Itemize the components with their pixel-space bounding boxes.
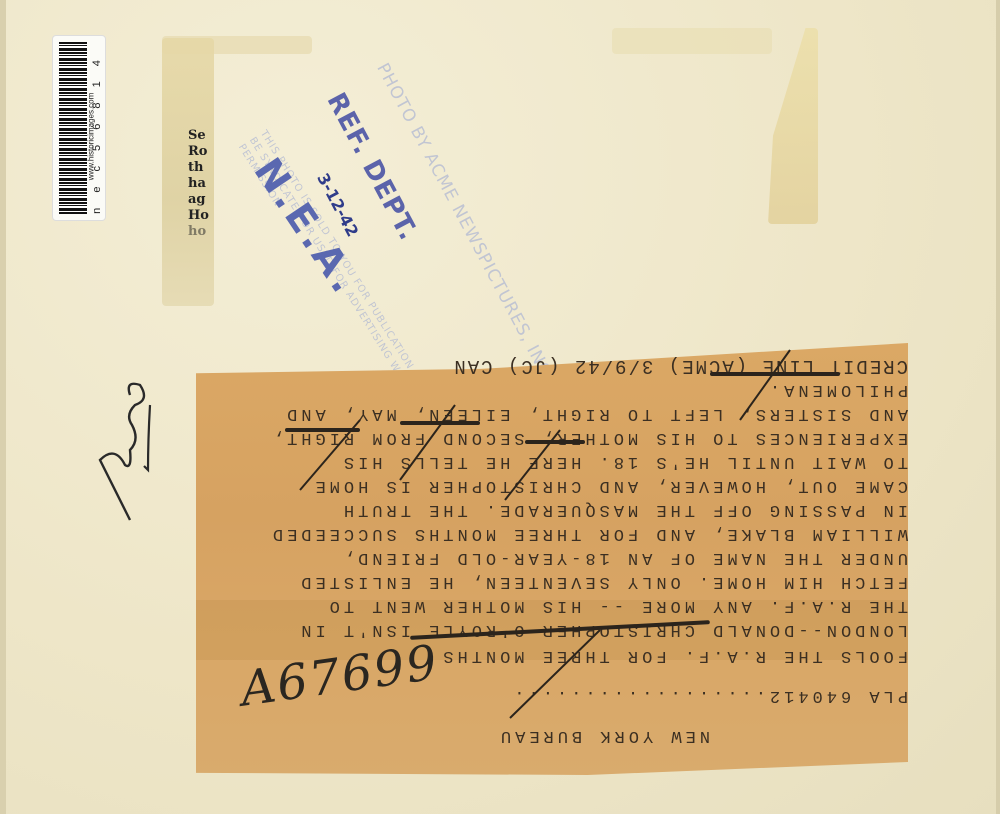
clipped-text-fragment: Se Ro th ha ag Ho ho bbox=[188, 128, 209, 240]
card-header: NEW YORK BUREAU bbox=[497, 726, 710, 745]
barcode-url: www.historicimages.com bbox=[87, 77, 96, 197]
pen-strike bbox=[710, 372, 840, 376]
paper-edge-right bbox=[996, 0, 1000, 814]
fragment-line: Se bbox=[188, 128, 209, 144]
fragment-line: th bbox=[188, 160, 209, 176]
caption-line: EXPERIENCES TO HIS MOTHER, SECOND FROM R… bbox=[269, 428, 908, 447]
caption-line: WILLIAM BLAKE, AND FOR THREE MONTHS SUCC… bbox=[269, 524, 908, 543]
barcode-icon bbox=[59, 42, 87, 214]
pen-strike bbox=[400, 421, 480, 425]
card-catalog: PLA 640412.................. bbox=[510, 686, 908, 705]
caption-line: THE R.A.F. ANY MORE -- HIS MOTHER WENT T… bbox=[326, 596, 908, 615]
paper-edge-left bbox=[0, 0, 6, 814]
caption-line: AND SISTERS, LEFT TO RIGHT, EILEEN, MAY,… bbox=[283, 404, 908, 423]
caption-line: PHILOMENA. bbox=[766, 380, 908, 399]
barcode-label: n e c 5 6 8 1 4 www.historicimages.com bbox=[52, 35, 106, 221]
caption-line: UNDER THE NAME OF AN 18-YEAR-OLD FRIEND, bbox=[340, 548, 908, 567]
caption-line: FOOLS THE R.A.F. FOR THREE MONTHS bbox=[439, 646, 908, 665]
caption-line: CAME OUT, HOWEVER, AND CHRISTOPHER IS HO… bbox=[312, 476, 908, 495]
fragment-line: Ho bbox=[188, 208, 209, 224]
pen-strike bbox=[525, 440, 585, 444]
pen-strike bbox=[285, 428, 360, 432]
tape-residue-top-right bbox=[612, 28, 772, 54]
caption-line: FETCH HIM HOME. ONLY SEVENTEEN, HE ENLIS… bbox=[297, 572, 908, 591]
caption-line: TO WAIT UNTIL HE'S 18. HERE HE TELLS HIS bbox=[340, 452, 908, 471]
fragment-line: ha bbox=[188, 176, 209, 192]
handwritten-nea-mark bbox=[70, 370, 160, 530]
fragment-line: ho bbox=[188, 224, 209, 240]
fragment-line: ag bbox=[188, 192, 209, 208]
fragment-line: Ro bbox=[188, 144, 209, 160]
caption-line: IN PASSING OFF THE MASQUERADE. THE TRUTH bbox=[340, 500, 908, 519]
caption-card-text: NEW YORK BUREAU PLA 640412..............… bbox=[196, 343, 908, 775]
